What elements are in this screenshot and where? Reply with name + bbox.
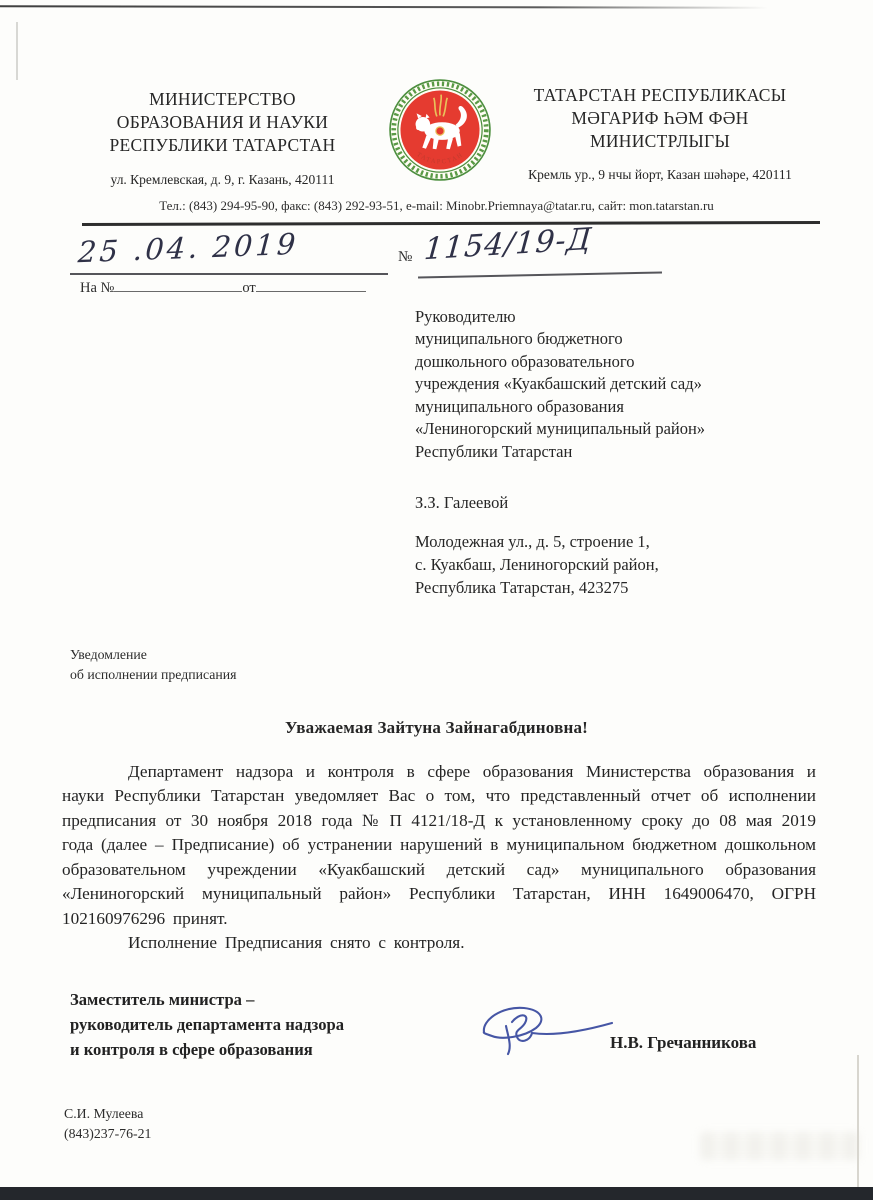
signer-position-line2: руководитель департамента надзора — [70, 1013, 440, 1038]
faint-stamp-smudge — [700, 1132, 860, 1160]
executor-block: С.И. Мулеева (843)237-76-21 — [64, 1104, 151, 1144]
subject-block: Уведомление об исполнении предписания — [70, 645, 237, 685]
addressee-line: муниципального бюджетного — [415, 328, 815, 350]
signer-name: Н.В. Гречанникова — [610, 1033, 756, 1053]
ministry-name-tatar: ТАТАРСТАН РЕСПУБЛИКАСЫ МӘГАРИФ ҺӘМ ФӘН М… — [480, 84, 840, 183]
recipient-address-line: Республика Татарстан, 423275 — [415, 577, 815, 600]
scan-artifact-left-tick — [16, 22, 18, 80]
handwritten-outgoing-number: 1154/19-Д — [423, 222, 594, 268]
ministry-name-ru-line3: РЕСПУБЛИКИ ТАТАРСТАН — [55, 134, 390, 157]
letter-body: Департамент надзора и контроля в сфере о… — [62, 760, 816, 955]
recipient-address-line: Молодежная ул., д. 5, строение 1, — [415, 531, 815, 554]
salutation: Уважаемая Зайтуна Зайнагабдиновна! — [0, 718, 873, 738]
scan-artifact-bottom-bar — [0, 1187, 873, 1200]
ministry-name-ru-line2: ОБРАЗОВАНИЯ И НАУКИ — [55, 111, 390, 134]
signer-position-line1: Заместитель министра – — [70, 988, 440, 1013]
subject-line1: Уведомление — [70, 645, 237, 665]
ministry-name-tat-line1: ТАТАРСТАН РЕСПУБЛИКАСЫ — [480, 84, 840, 107]
tatarstan-coat-of-arms-icon: ТАТАРСТАН — [388, 78, 492, 182]
addressee-line: Республики Татарстан — [415, 441, 815, 463]
reply-date-blank — [256, 277, 366, 292]
recipient-address-block: Молодежная ул., д. 5, строение 1, с. Куа… — [415, 531, 815, 599]
scan-artifact-top-line — [0, 5, 768, 9]
date-underline — [70, 273, 388, 275]
handwritten-date: 25 .04. 2019 — [77, 227, 300, 270]
ministry-name-ru-line1: МИНИСТЕРСТВО — [55, 88, 390, 111]
addressee-line: Руководителю — [415, 306, 815, 328]
recipient-address-line: с. Куакбаш, Лениногорский район, — [415, 554, 815, 577]
executor-phone: (843)237-76-21 — [64, 1124, 151, 1144]
reply-reference-row: На №от — [80, 277, 366, 297]
signer-position-block: Заместитель министра – руководитель депа… — [70, 988, 440, 1063]
reply-from-label: от — [242, 280, 255, 296]
addressee-line: «Лениногорский муниципальный район» — [415, 418, 815, 440]
ministry-name-russian: МИНИСТЕРСТВО ОБРАЗОВАНИЯ И НАУКИ РЕСПУБЛ… — [55, 88, 390, 188]
ministry-name-tat-line3: МИНИСТРЛЫГЫ — [480, 130, 840, 153]
contact-line: Тел.: (843) 294-95-90, факс: (843) 292-9… — [0, 198, 873, 214]
handwritten-signature-icon — [462, 992, 620, 1064]
addressee-line: муниципального образования — [415, 396, 815, 418]
scanned-letter-page: МИНИСТЕРСТВО ОБРАЗОВАНИЯ И НАУКИ РЕСПУБЛ… — [0, 0, 873, 1200]
reply-number-blank — [114, 277, 242, 292]
recipient-name: З.З. Галеевой — [415, 493, 508, 513]
addressee-line: дошкольного образовательного — [415, 351, 815, 373]
ministry-name-tat-line2: МӘГАРИФ ҺӘМ ФӘН — [480, 107, 840, 130]
number-sign-label: № — [398, 249, 412, 266]
addressee-line: учреждения «Куакбашский детский сад» — [415, 373, 815, 395]
reply-prefix-label: На № — [80, 280, 114, 296]
ministry-address-russian: ул. Кремлевская, д. 9, г. Казань, 420111 — [55, 172, 390, 188]
executor-name: С.И. Мулеева — [64, 1104, 151, 1124]
number-underline — [418, 271, 662, 278]
scan-artifact-right-line — [857, 1055, 859, 1187]
letterhead-divider-rule — [82, 221, 820, 226]
ministry-address-tatar: Кремль ур., 9 нчы йорт, Казан шәһәре, 42… — [480, 167, 840, 183]
subject-line2: об исполнении предписания — [70, 665, 237, 685]
signer-position-line3: и контроля в сфере образования — [70, 1038, 440, 1063]
addressee-block: Руководителю муниципального бюджетного д… — [415, 306, 815, 463]
body-paragraph-1: Департамент надзора и контроля в сфере о… — [62, 760, 816, 931]
body-paragraph-2: Исполнение Предписания снято с контроля. — [62, 931, 816, 955]
